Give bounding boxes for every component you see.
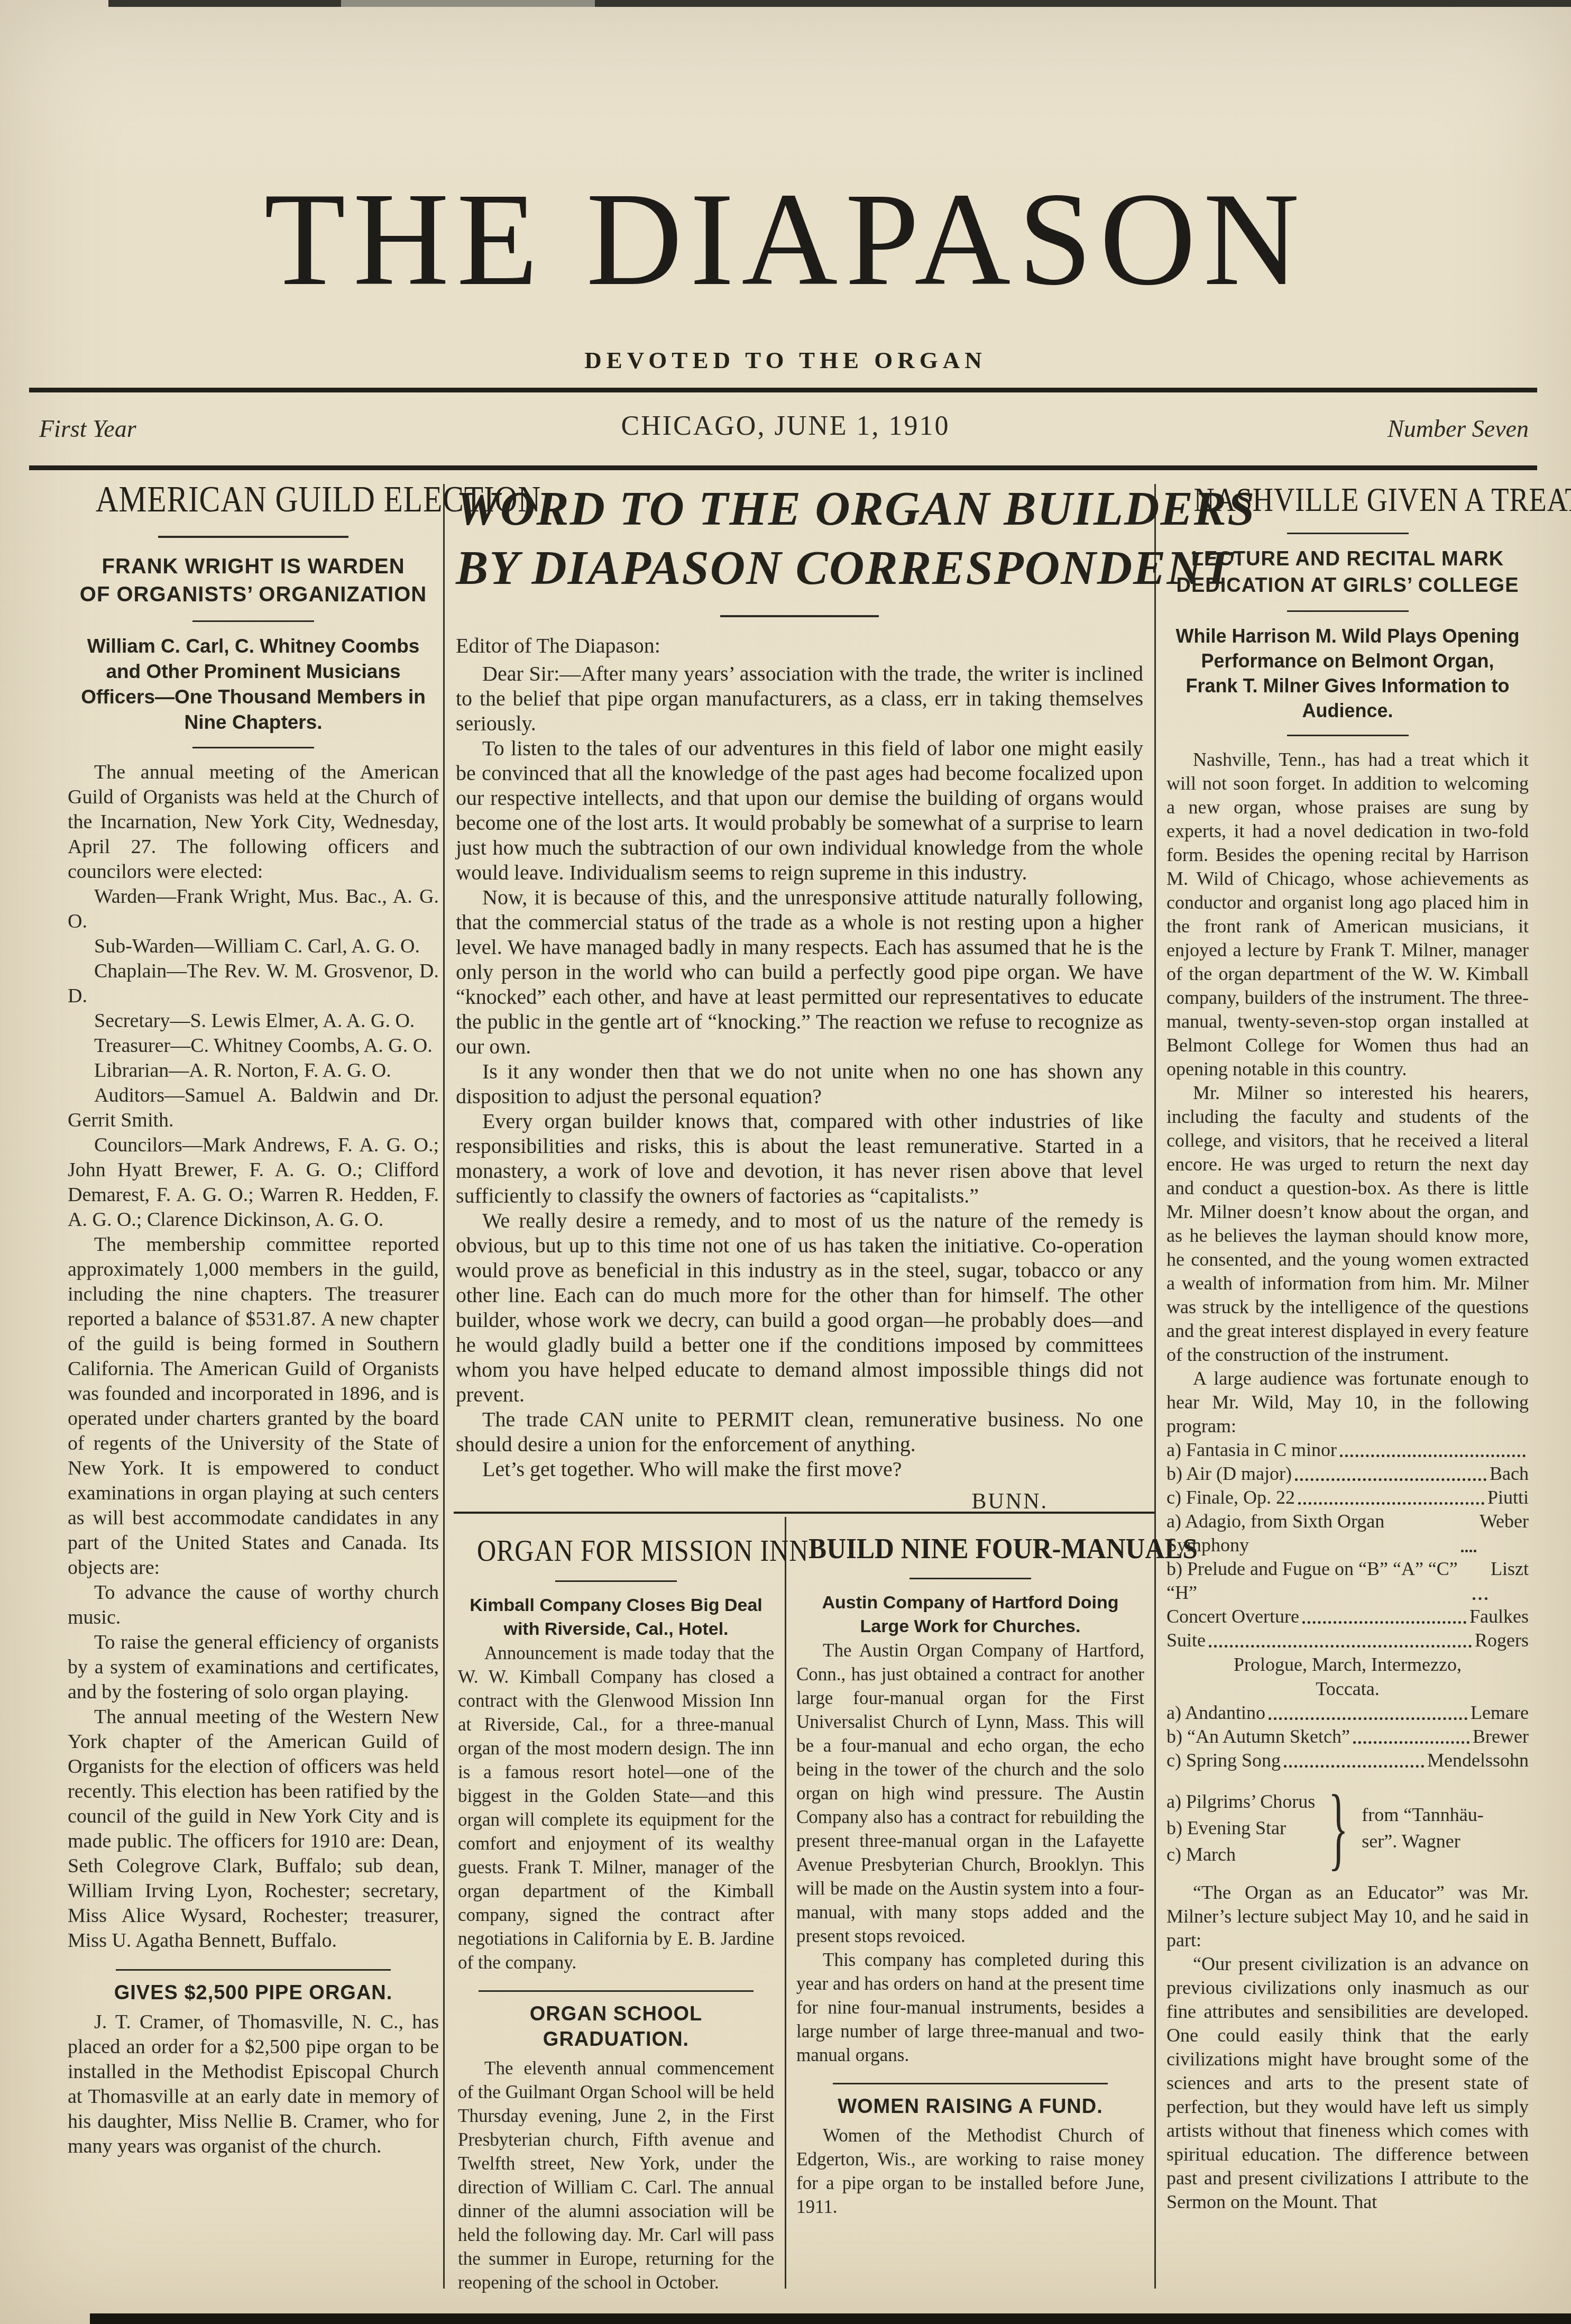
section-divider (1287, 610, 1409, 612)
program-item: a) Andantino Lemare (1166, 1701, 1529, 1725)
paragraph: To raise the general efficiency of organ… (68, 1630, 439, 1705)
letter-salutation: Editor of The Diapason: (456, 633, 1143, 658)
letter-headline-line2: BY DIAPASON CORRESPONDENT (456, 538, 1143, 597)
paragraph: Dear Sir:—After many years’ association … (456, 661, 1143, 736)
paragraph: Warden—Frank Wright, Mus. Bac., A. G. O. (68, 884, 439, 934)
paragraph: Librarian—A. R. Norton, F. A. G. O. (68, 1058, 439, 1083)
paragraph: Women of the Methodist Church of Edgerto… (796, 2124, 1144, 2219)
letter-signature: BUNN. (456, 1489, 1143, 1514)
dot-leader (1340, 1454, 1526, 1457)
paragraph: A large audience was fortunate enough to… (1166, 1367, 1529, 1438)
section-divider (158, 536, 348, 538)
nashville-deck: While Harrison M. Wild Plays Opening Per… (1166, 624, 1529, 723)
masthead-tagline: DEVOTED TO THE ORGAN (0, 346, 1571, 374)
brace-glyph: } (1328, 1774, 1348, 1881)
suite-movements-line1: Prologue, March, Intermezzo, (1166, 1652, 1529, 1677)
nashville-subhead: LECTURE AND RECITAL MARK DEDICATION AT G… (1166, 546, 1529, 599)
program-item: a) Fantasia in C minor (1166, 1438, 1529, 1462)
nashville-subhead-line1: LECTURE AND RECITAL MARK (1166, 546, 1529, 572)
column-rule-mid (785, 1517, 786, 2289)
program-item: b) “An Autumn Sketch” Brewer (1166, 1725, 1529, 1749)
paragraph: The trade CAN unite to PERMIT clean, rem… (456, 1407, 1143, 1457)
masthead-rule-bottom (29, 465, 1537, 470)
section-divider (833, 2083, 1108, 2084)
section-divider (116, 1969, 391, 1971)
letter-headline-line1: WORD TO THE ORGAN BUILDERS (456, 479, 1143, 538)
paragraph: The Austin Organ Company of Hartford, Co… (796, 1639, 1144, 1948)
guild-subhead-line1: FRANK WRIGHT IS WARDEN (68, 553, 439, 581)
masthead-rule-top (29, 388, 1537, 392)
dot-leader (1284, 1765, 1424, 1768)
paragraph: Now, it is because of this, and the unre… (456, 885, 1143, 1059)
paragraph: Auditors—Samuel A. Baldwin and Dr. Gerri… (68, 1083, 439, 1133)
nashville-subhead-line2: DEDICATION AT GIRLS’ COLLEGE (1166, 572, 1529, 599)
article-four-manuals: BUILD NINE FOUR-MANUALS Austin Company o… (796, 1531, 1144, 2219)
paragraph: “Our present civilization is an advance … (1166, 1952, 1529, 2214)
paragraph: The annual meeting of the Western New Yo… (68, 1705, 439, 1953)
paragraph: This company has completed during this y… (796, 1948, 1144, 2067)
mission-inn-headline: ORGAN FOR MISSION INN (477, 1534, 755, 1569)
dot-leader (1298, 1502, 1484, 1505)
issue-number: Number Seven (1388, 415, 1529, 443)
women-fund-headline: WOMEN RAISING A FUND. (796, 2094, 1144, 2119)
program-item: b) Air (D major) Bach (1166, 1462, 1529, 1486)
dot-leader (1461, 1550, 1476, 1552)
paragraph: Mr. Milner so interested his hearers, in… (1166, 1081, 1529, 1367)
program-item: a) Adagio, from Sixth Organ Symphony Web… (1166, 1509, 1529, 1557)
paragraph: To advance the cause of worthy church mu… (68, 1580, 439, 1630)
wagner-items: a) Pilgrims’ Chorus b) Evening Star c) M… (1166, 1788, 1315, 1868)
dot-leader (1295, 1478, 1486, 1481)
dot-leader (1209, 1645, 1472, 1648)
program-item: Suite Rogers (1166, 1628, 1529, 1652)
guild-deck: William C. Carl, C. Whitney Coombs and O… (68, 634, 439, 735)
gives-organ-headline: GIVES $2,500 PIPE ORGAN. (68, 1980, 439, 2006)
guild-headline: AMERICAN GUILD ELECTION (96, 479, 411, 521)
article-letter-to-builders: WORD TO THE ORGAN BUILDERS BY DIAPASON C… (456, 479, 1143, 1514)
section-divider (555, 1580, 677, 1582)
paragraph: Sub-Warden—William C. Carl, A. G. O. (68, 934, 439, 959)
paragraph: The membership committee reported approx… (68, 1232, 439, 1580)
four-manuals-headline: BUILD NINE FOUR-MANUALS (809, 1531, 1132, 1566)
program-item: Concert Overture Faulkes (1166, 1605, 1529, 1628)
program-wagner-group: a) Pilgrims’ Chorus b) Evening Star c) M… (1166, 1774, 1529, 1881)
paragraph: Let’s get together. Who will make the fi… (456, 1457, 1143, 1481)
paragraph: Is it any wonder then that we do not uni… (456, 1059, 1143, 1109)
section-divider (479, 1990, 754, 1992)
paragraph: J. T. Cramer, of Thomasville, N. C., has… (68, 2010, 439, 2159)
four-manuals-deck: Austin Company of Hartford Doing Large W… (796, 1591, 1144, 1639)
scan-edge-bottom (90, 2313, 1571, 2324)
section-divider (192, 747, 314, 748)
masthead-title: THE DIAPASON (0, 170, 1571, 308)
guild-subhead-line2: OF ORGANISTS’ ORGANIZATION (68, 581, 439, 609)
paragraph: Councilors—Mark Andrews, F. A. G. O.; Jo… (68, 1133, 439, 1232)
section-divider (909, 1578, 1031, 1579)
section-divider (720, 615, 879, 617)
article-guild-election: AMERICAN GUILD ELECTION FRANK WRIGHT IS … (68, 479, 439, 2159)
nashville-headline: NASHVILLE GIVEN A TREAT (1193, 479, 1501, 521)
dot-leader (1269, 1717, 1467, 1720)
paragraph: Chaplain—The Rev. W. M. Grosvenor, D. D. (68, 959, 439, 1009)
guild-subhead: FRANK WRIGHT IS WARDEN OF ORGANISTS’ ORG… (68, 553, 439, 609)
article-mission-inn: ORGAN FOR MISSION INN Kimball Company Cl… (458, 1534, 774, 2294)
dot-leader (1302, 1621, 1466, 1624)
dateline: CHICAGO, JUNE 1, 1910 (0, 410, 1571, 442)
section-divider (1287, 735, 1409, 736)
section-divider (192, 620, 314, 622)
program-item: c) Finale, Op. 22 Piutti (1166, 1486, 1529, 1509)
paragraph: Nashville, Tenn., has had a treat which … (1166, 748, 1529, 1081)
paragraph: We really desire a remedy, and to most o… (456, 1208, 1143, 1407)
paragraph: Treasurer—C. Whitney Coombs, A. G. O. (68, 1033, 439, 1058)
section-divider (1287, 533, 1409, 534)
column-rule-left (443, 484, 445, 2289)
paragraph: The eleventh annual commencement of the … (458, 2056, 774, 2294)
scan-edge-top (108, 0, 1571, 7)
suite-movements-line2: Toccata. (1166, 1677, 1529, 1701)
scan-edge-top-light (341, 0, 595, 7)
graduation-headline: ORGAN SCHOOL GRADUATION. (458, 2001, 774, 2052)
dot-leader (1473, 1597, 1487, 1600)
dot-leader (1353, 1741, 1469, 1744)
newspaper-front-page: THE DIAPASON DEVOTED TO THE ORGAN First … (0, 0, 1571, 2324)
article-nashville: NASHVILLE GIVEN A TREAT LECTURE AND RECI… (1166, 479, 1529, 2214)
paragraph: Every organ builder knows that, compared… (456, 1109, 1143, 1208)
paragraph: Announcement is made today that the W. W… (458, 1641, 774, 1974)
mission-inn-deck: Kimball Company Closes Big Deal with Riv… (458, 1594, 774, 1641)
paragraph: “The Organ as an Educator” was Mr. Milne… (1166, 1881, 1529, 1952)
paragraph: To listen to the tales of our adventures… (456, 736, 1143, 885)
program-item: c) Spring Song Mendelssohn (1166, 1749, 1529, 1772)
wagner-note: from “Tannhäu- ser”. Wagner (1362, 1801, 1483, 1854)
column-rule-right (1154, 484, 1156, 2289)
program-item: b) Prelude and Fugue on “B” “A” “C” “H” … (1166, 1557, 1529, 1605)
paragraph: The annual meeting of the American Guild… (68, 760, 439, 884)
paragraph: Secretary—S. Lewis Elmer, A. A. G. O. (68, 1009, 439, 1033)
